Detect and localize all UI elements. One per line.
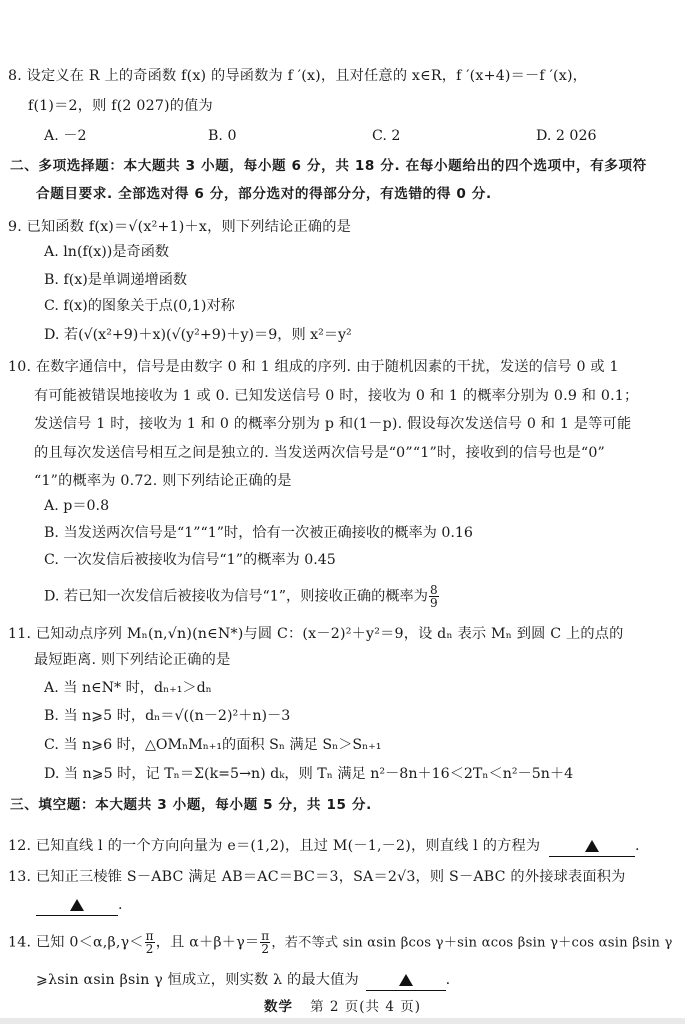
section3-heading: 三、填空题：本大题共 3 小题，每小题 5 分，共 15 分. [10,795,372,815]
q10-option-c: C. 一次发信后被接收为信号“1”的概率为 0.45 [44,550,336,570]
section2-heading-line2: 合题目要求. 全部选对得 6 分，部分选对的得部分分，有选错的得 0 分. [36,184,492,204]
section2-heading-line1: 二、多项选择题：本大题共 3 小题，每小题 6 分，共 18 分. 在每小题给出… [10,156,647,176]
q10-option-b: B. 当发送两次信号是“1”“1”时，恰有一次被正确接收的概率为 0.16 [44,523,473,543]
q14-stem-line1: 14. 已知 0＜α,β,γ＜π2，且 α＋β＋γ＝π2，若不等式 sin αs… [8,930,673,955]
q12-stem: 12. 已知直线 l 的一个方向向量为 e＝(1,2)，且过 M(－1,－2)，… [8,836,640,857]
fraction-denominator: 2 [145,943,155,955]
q10-stem-line1: 10. 在数字通信中，信号是由数字 0 和 1 组成的序列. 由于随机因素的干扰… [8,357,619,377]
q12-answer-blank[interactable] [549,836,635,857]
q9-option-c: C. f(x)的图象关于点(0,1)对称 [44,296,235,316]
q9-stem: 9. 已知函数 f(x)＝√(x²+1)＋x，则下列结论正确的是 [8,217,351,237]
q14-text-a: 14. 已知 0＜α,β,γ＜ [8,935,144,951]
page-bottom-edge [0,1018,685,1024]
q10-option-d: D. 若已知一次发信后被接收为信号“1”，则接收正确的概率为89 [44,584,440,609]
q8-option-c: C. 2 [372,126,400,146]
q14-text-b: ，且 α＋β＋γ＝ [156,935,260,951]
q10-stem-line2: 有可能被错误地接收为 1 或 0. 已知发送信号 0 时，接收为 0 和 1 的… [34,386,638,406]
q14-stem-line2: ⩾λsin αsin βsin γ 恒成立，则实数 λ 的最大值为 . [36,970,450,991]
q14-text-c: ，若不等式 sin αsin βcos γ＋sin αcos βsin γ＋co… [271,936,672,951]
q13-answer-line: . [36,895,123,916]
q10-stem-line3: 发送信号 1 时，接收为 1 和 0 的概率分别为 p 和(1－p). 假设每次… [34,414,631,434]
q8-stem-line2: f(1)＝2，则 f(2 027)的值为 [28,96,213,116]
q11-option-d: D. 当 n⩾5 时，记 Tₙ＝Σ(k=5→n) dₖ，则 Tₙ 满足 n²－8… [44,764,573,784]
q9-option-b: B. f(x)是单调递增函数 [44,270,187,290]
q8-option-b: B. 0 [208,126,236,146]
fraction-denominator: 2 [260,943,270,955]
q11-option-b: B. 当 n⩾5 时，dₙ＝√((n－2)²＋n)－3 [44,706,290,726]
q12-end-period: . [635,838,640,854]
q12-text: 12. 已知直线 l 的一个方向向量为 e＝(1,2)，且过 M(－1,－2)，… [8,838,540,854]
q10-stem-line4: 的且每次发送信号相互之间是独立的. 当发送两次信号是“0”“1”时，接收到的信号… [34,443,605,463]
q11-stem-line1: 11. 已知动点序列 Mₙ(n,√n)(n∈N*)与圆 C：(x－2)²＋y²＝… [8,624,624,644]
q8-option-d: D. 2 026 [536,126,597,146]
q14-text-line2: ⩾λsin αsin βsin γ 恒成立，则实数 λ 的最大值为 [36,972,359,988]
fraction-pi-over-2: π2 [260,930,270,955]
q11-option-a: A. 当 n∈N* 时，dₙ₊₁＞dₙ [44,678,212,698]
q14-answer-blank[interactable] [366,970,446,991]
triangle-marker-icon [585,840,599,852]
q11-option-c: C. 当 n⩾6 时，△OMₙMₙ₊₁的面积 Sₙ 满足 Sₙ＞Sₙ₊₁ [44,735,381,755]
q10-option-d-text: D. 若已知一次发信后被接收为信号“1”，则接收正确的概率为 [44,589,428,605]
q10-option-a: A. p＝0.8 [44,496,109,516]
q10-stem-line5: “1”的概率为 0.72. 则下列结论正确的是 [34,471,292,491]
footer-subject: 数学 [264,999,293,1015]
fraction-pi-over-2: π2 [145,930,155,955]
page-footer: 数学 第 2 页(共 4 页) [0,995,685,1015]
fraction-eight-ninths: 89 [429,584,439,609]
triangle-marker-icon [70,899,84,911]
triangle-marker-icon [399,974,413,986]
q9-option-a: A. ln(f(x))是奇函数 [44,242,169,262]
q11-stem-line2: 最短距离. 则下列结论正确的是 [34,650,230,670]
q13-end-period: . [118,897,123,913]
footer-page-number: 第 2 页(共 4 页) [310,999,421,1015]
q13-stem: 13. 已知正三棱锥 S－ABC 满足 AB＝AC＝BC＝3，SA＝2√3，则 … [8,867,626,887]
fraction-denominator: 9 [429,597,439,609]
q8-option-a: A. －2 [44,126,86,146]
q8-stem-line1: 8. 设定义在 R 上的奇函数 f(x) 的导函数为 f ′(x)，且对任意的 … [8,66,587,86]
q9-option-d: D. 若(√(x²+9)＋x)(√(y²+9)＋y)＝9，则 x²＝y² [44,325,352,345]
q14-end-period: . [446,972,451,988]
q13-answer-blank[interactable] [36,895,118,916]
